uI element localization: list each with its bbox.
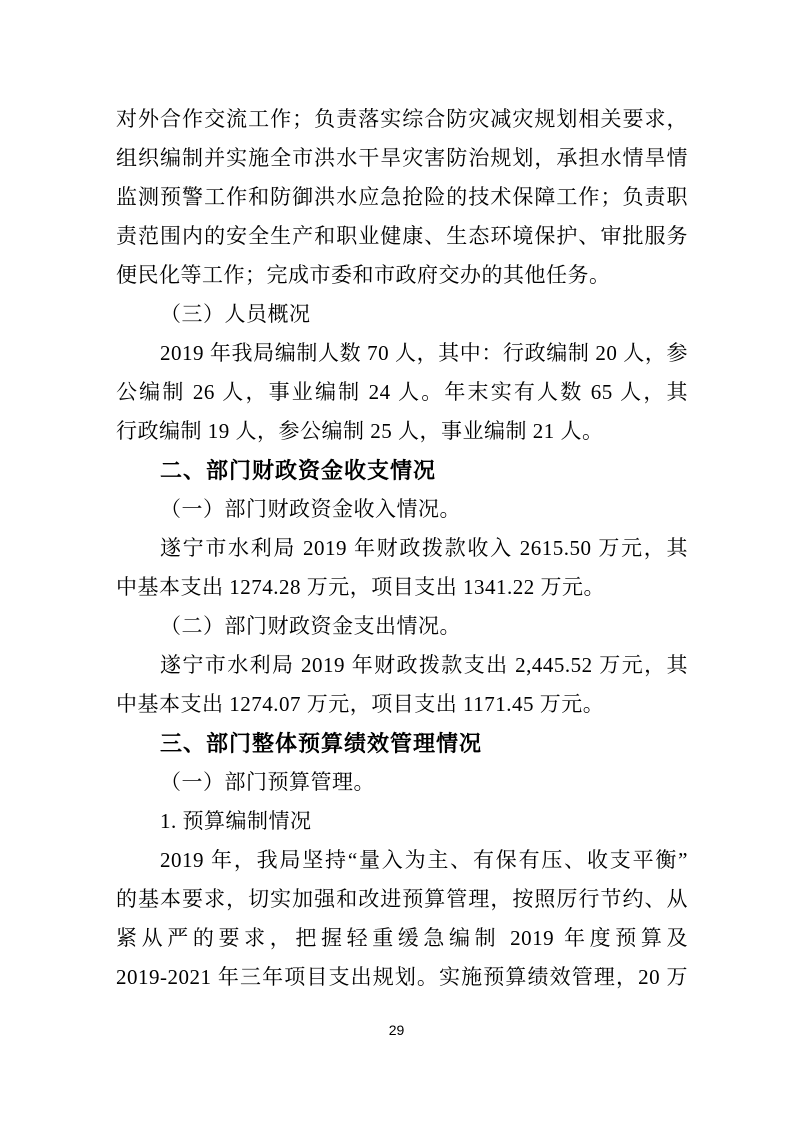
body-line: 的基本要求，切实加强和改进预算管理，按照厉行节约、从 bbox=[116, 880, 688, 919]
body-line: 2019-2021 年三年项目支出规划。实施预算绩效管理，20 万 bbox=[116, 958, 688, 997]
body-line: 公编制 26 人，事业编制 24 人。年末实有人数 65 人，其中： bbox=[116, 373, 688, 412]
body-line: 责范围内的安全生产和职业健康、生态环境保护、审批服务 bbox=[116, 217, 688, 256]
subsection-heading: （二）部门财政资金支出情况。 bbox=[116, 607, 688, 646]
subsection-heading: （三）人员概况 bbox=[116, 295, 688, 334]
section-heading: 二、部门财政资金收支情况 bbox=[116, 451, 688, 490]
body-line: 中基本支出 1274.07 万元，项目支出 1171.45 万元。 bbox=[116, 685, 688, 724]
body-line: 紧从严的要求，把握轻重缓急编制 2019 年度预算及 bbox=[116, 919, 688, 958]
body-line: 2019 年我局编制人数 70 人，其中：行政编制 20 人，参 bbox=[116, 334, 688, 373]
subsection-heading: 1. 预算编制情况 bbox=[116, 802, 688, 841]
body-line: 监测预警工作和防御洪水应急抢险的技术保障工作；负责职 bbox=[116, 178, 688, 217]
body-line: 遂宁市水利局 2019 年财政拨款收入 2615.50 万元，其 bbox=[116, 529, 688, 568]
subsection-heading: （一）部门预算管理。 bbox=[116, 763, 688, 802]
body-line: 组织编制并实施全市洪水干旱灾害防治规划，承担水情旱情 bbox=[116, 139, 688, 178]
body-line: 对外合作交流工作；负责落实综合防灾减灾规划相关要求， bbox=[116, 100, 688, 139]
body-line: 便民化等工作；完成市委和市政府交办的其他任务。 bbox=[116, 256, 688, 295]
page-number: 29 bbox=[0, 1020, 793, 1040]
subsection-heading: （一）部门财政资金收入情况。 bbox=[116, 490, 688, 529]
document-page: 对外合作交流工作；负责落实综合防灾减灾规划相关要求， 组织编制并实施全市洪水干旱… bbox=[0, 0, 793, 1122]
section-heading: 三、部门整体预算绩效管理情况 bbox=[116, 724, 688, 763]
body-line: 2019 年，我局坚持“量入为主、有保有压、收支平衡” bbox=[116, 841, 688, 880]
document-body: 对外合作交流工作；负责落实综合防灾减灾规划相关要求， 组织编制并实施全市洪水干旱… bbox=[116, 100, 688, 997]
body-line: 中基本支出 1274.28 万元，项目支出 1341.22 万元。 bbox=[116, 568, 688, 607]
body-line: 行政编制 19 人，参公编制 25 人，事业编制 21 人。 bbox=[116, 412, 688, 451]
body-line: 遂宁市水利局 2019 年财政拨款支出 2,445.52 万元，其 bbox=[116, 646, 688, 685]
